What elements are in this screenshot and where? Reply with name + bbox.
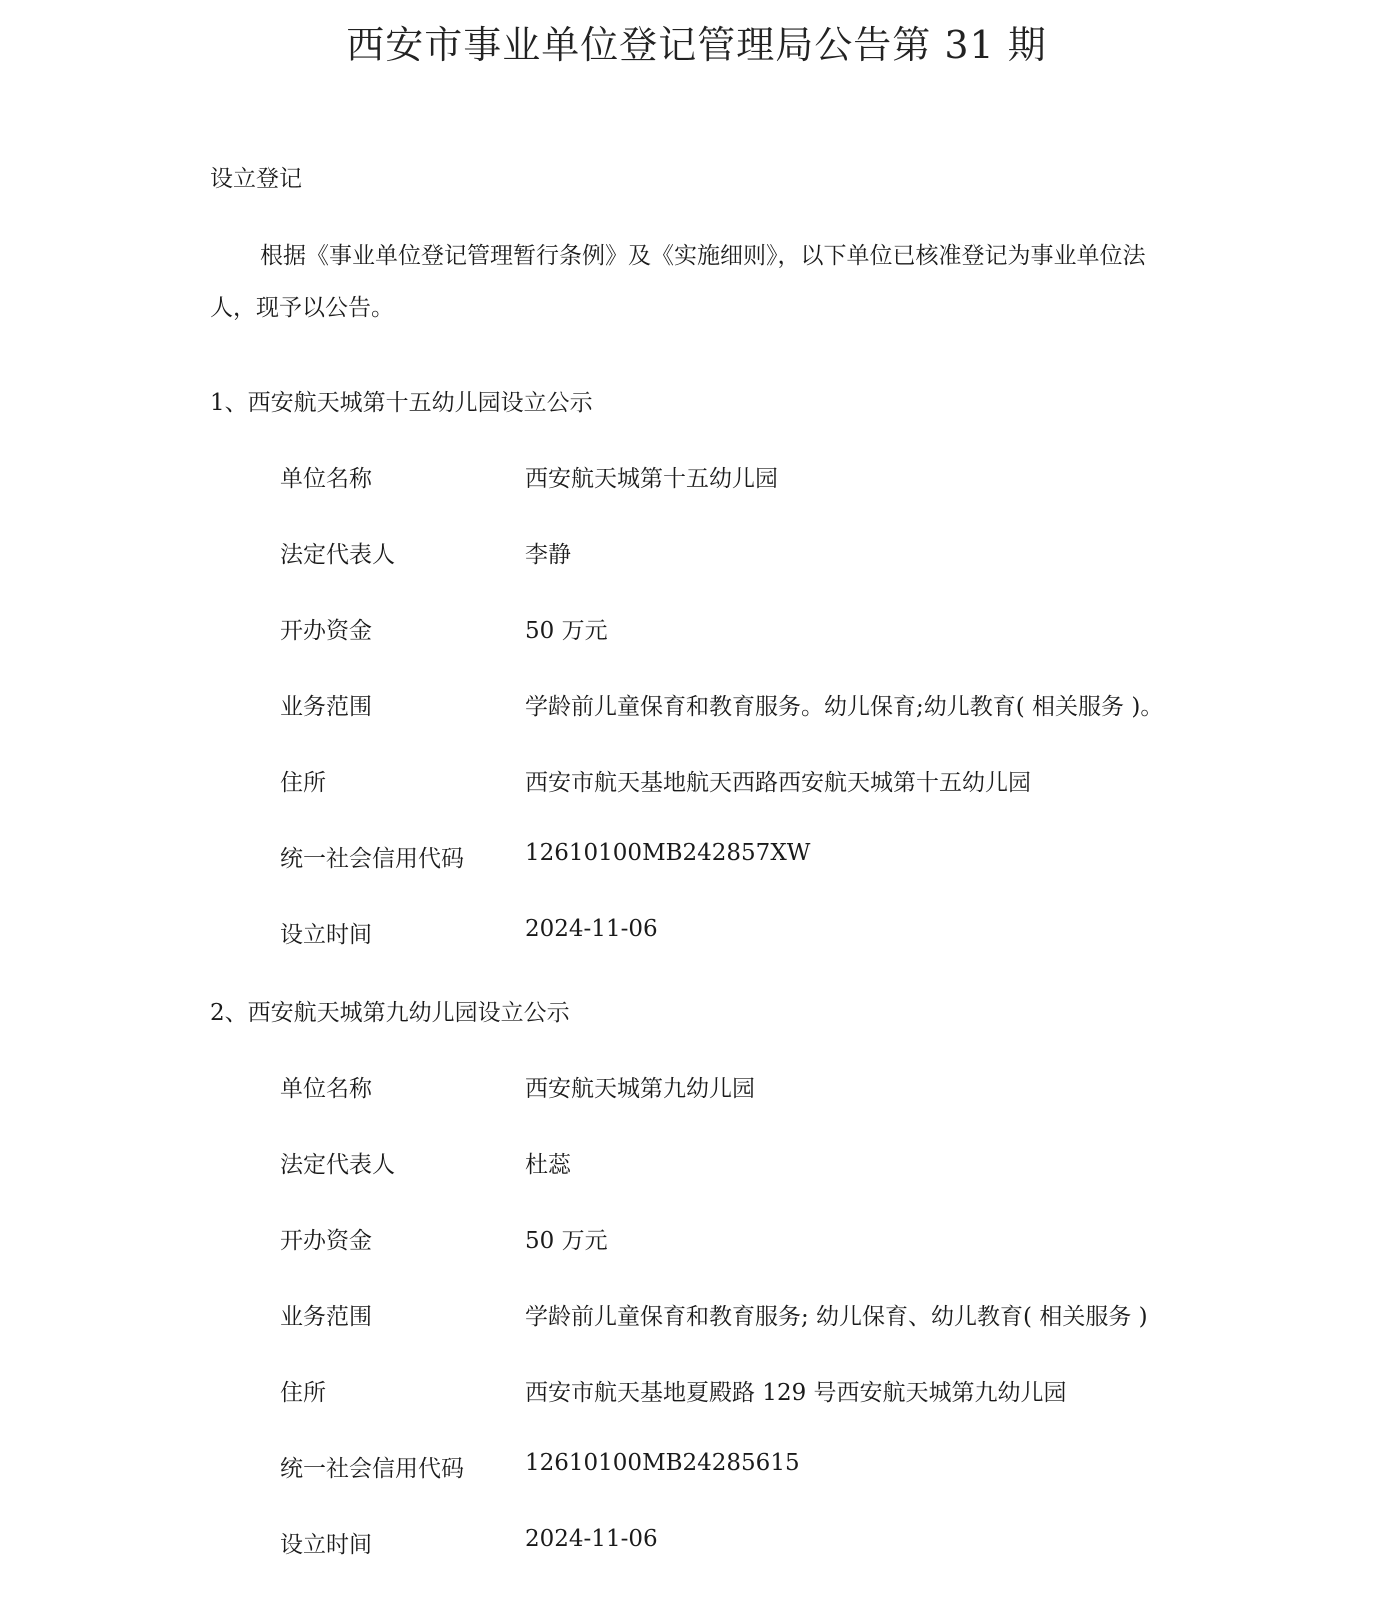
field-label: 法定代表人 xyxy=(280,536,525,569)
field-row-established: 设立时间 2024-11-06 xyxy=(280,1526,658,1559)
field-value: 12610100MB242857XW xyxy=(525,840,810,873)
field-value: 学龄前儿童保育和教育服务; 幼儿保育、幼儿教育( 相关服务 ) xyxy=(525,1298,1148,1331)
field-label: 设立时间 xyxy=(280,916,525,949)
item-heading: 1、西安航天城第十五幼儿园设立公示 xyxy=(210,384,593,417)
field-value: 50 万元 xyxy=(525,612,608,645)
intro-paragraph: 根据《事业单位登记管理暂行条例》及《实施细则》，以下单位已核准登记为事业单位法人… xyxy=(210,230,1190,334)
field-row-established: 设立时间 2024-11-06 xyxy=(280,916,658,949)
field-value: 李静 xyxy=(525,536,571,569)
field-row-address: 住所 西安市航天基地夏殿路 129 号西安航天城第九幼儿园 xyxy=(280,1374,1067,1407)
field-row-address: 住所 西安市航天基地航天西路西安航天城第十五幼儿园 xyxy=(280,764,1031,797)
field-label: 住所 xyxy=(280,764,525,797)
field-value: 2024-11-06 xyxy=(525,916,658,949)
field-value: 西安航天城第十五幼儿园 xyxy=(525,460,778,493)
field-label: 住所 xyxy=(280,1374,525,1407)
field-value: 西安市航天基地航天西路西安航天城第十五幼儿园 xyxy=(525,764,1031,797)
field-label: 业务范围 xyxy=(280,1298,525,1331)
field-label: 设立时间 xyxy=(280,1526,525,1559)
field-row-legal-rep: 法定代表人 李静 xyxy=(280,536,571,569)
field-row-credit-code: 统一社会信用代码 12610100MB24285615 xyxy=(280,1450,800,1483)
field-row-funding: 开办资金 50 万元 xyxy=(280,612,608,645)
field-value: 学龄前儿童保育和教育服务。幼儿保育;幼儿教育( 相关服务 )。 xyxy=(525,688,1163,721)
document-title: 西安市事业单位登记管理局公告第 31 期 xyxy=(0,14,1393,69)
item-heading: 2、西安航天城第九幼儿园设立公示 xyxy=(210,994,570,1027)
field-label: 开办资金 xyxy=(280,612,525,645)
field-value: 西安市航天基地夏殿路 129 号西安航天城第九幼儿园 xyxy=(525,1374,1067,1407)
field-row-unit-name: 单位名称 西安航天城第九幼儿园 xyxy=(280,1070,755,1103)
field-label: 开办资金 xyxy=(280,1222,525,1255)
field-label: 业务范围 xyxy=(280,688,525,721)
field-value: 西安航天城第九幼儿园 xyxy=(525,1070,755,1103)
field-label: 统一社会信用代码 xyxy=(280,1450,525,1483)
field-row-scope: 业务范围 学龄前儿童保育和教育服务; 幼儿保育、幼儿教育( 相关服务 ) xyxy=(280,1298,1148,1331)
field-label: 统一社会信用代码 xyxy=(280,840,525,873)
field-row-unit-name: 单位名称 西安航天城第十五幼儿园 xyxy=(280,460,778,493)
field-row-funding: 开办资金 50 万元 xyxy=(280,1222,608,1255)
section-heading: 设立登记 xyxy=(210,160,302,193)
field-value: 2024-11-06 xyxy=(525,1526,658,1559)
field-value: 12610100MB24285615 xyxy=(525,1450,800,1483)
field-label: 法定代表人 xyxy=(280,1146,525,1179)
field-value: 50 万元 xyxy=(525,1222,608,1255)
field-label: 单位名称 xyxy=(280,1070,525,1103)
field-row-scope: 业务范围 学龄前儿童保育和教育服务。幼儿保育;幼儿教育( 相关服务 )。 xyxy=(280,688,1163,721)
field-row-credit-code: 统一社会信用代码 12610100MB242857XW xyxy=(280,840,810,873)
field-label: 单位名称 xyxy=(280,460,525,493)
field-row-legal-rep: 法定代表人 杜蕊 xyxy=(280,1146,571,1179)
field-value: 杜蕊 xyxy=(525,1146,571,1179)
